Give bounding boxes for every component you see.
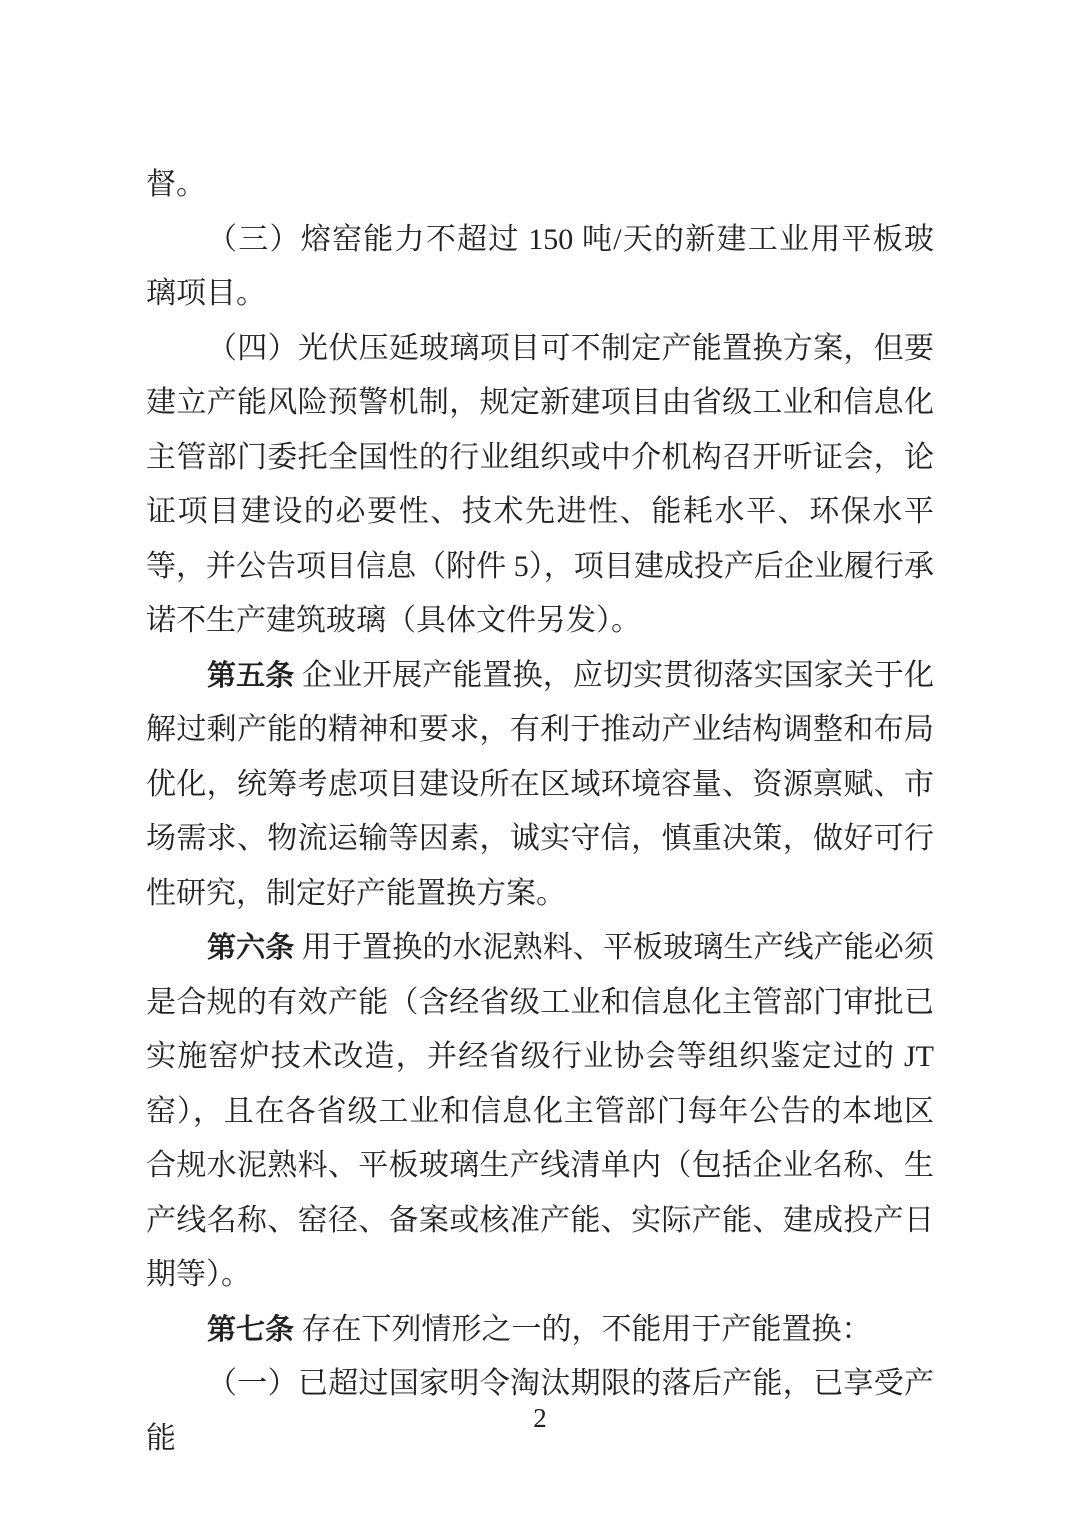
paragraph: 第六条 用于置换的水泥熟料、平板玻璃生产线产能必须是合规的有效产能（含经省级工业… [146,921,934,1303]
paragraph: （四）光伏压延玻璃项目可不制定产能置换方案，但要建立产能风险预警机制，规定新建项… [146,322,934,649]
page-number: 2 [533,1403,547,1433]
body-text: （三）熔窑能力不超过 150 吨/天的新建工业用平板玻璃项目。 [146,223,934,311]
body-text: （四）光伏压延玻璃项目可不制定产能置换方案，但要建立产能风险预警机制，规定新建项… [146,332,934,638]
paragraph: （三）熔窑能力不超过 150 吨/天的新建工业用平板玻璃项目。 [146,213,934,322]
document-body: 督。（三）熔窑能力不超过 150 吨/天的新建工业用平板玻璃项目。（四）光伏压延… [146,158,934,1466]
body-text: 企业开展产能置换，应切实贯彻落实国家关于化解过剩产能的精神和要求，有利于推动产业… [146,659,934,910]
page-footer: 2 [0,1403,1080,1434]
body-text: 存在下列情形之一的，不能用于产能置换： [294,1313,872,1346]
article-heading: 第六条 [207,932,294,964]
document-page: 督。（三）熔窑能力不超过 150 吨/天的新建工业用平板玻璃项目。（四）光伏压延… [0,0,1080,1526]
paragraph: 督。 [146,158,934,213]
article-heading: 第七条 [207,1314,294,1346]
article-heading: 第五条 [207,660,294,692]
paragraph: 第五条 企业开展产能置换，应切实贯彻落实国家关于化解过剩产能的精神和要求，有利于… [146,649,934,922]
paragraph: 第七条 存在下列情形之一的，不能用于产能置换： [146,1303,934,1358]
body-text: 督。 [146,168,206,201]
body-text: 用于置换的水泥熟料、平板玻璃生产线产能必须是合规的有效产能（含经省级工业和信息化… [146,931,934,1291]
